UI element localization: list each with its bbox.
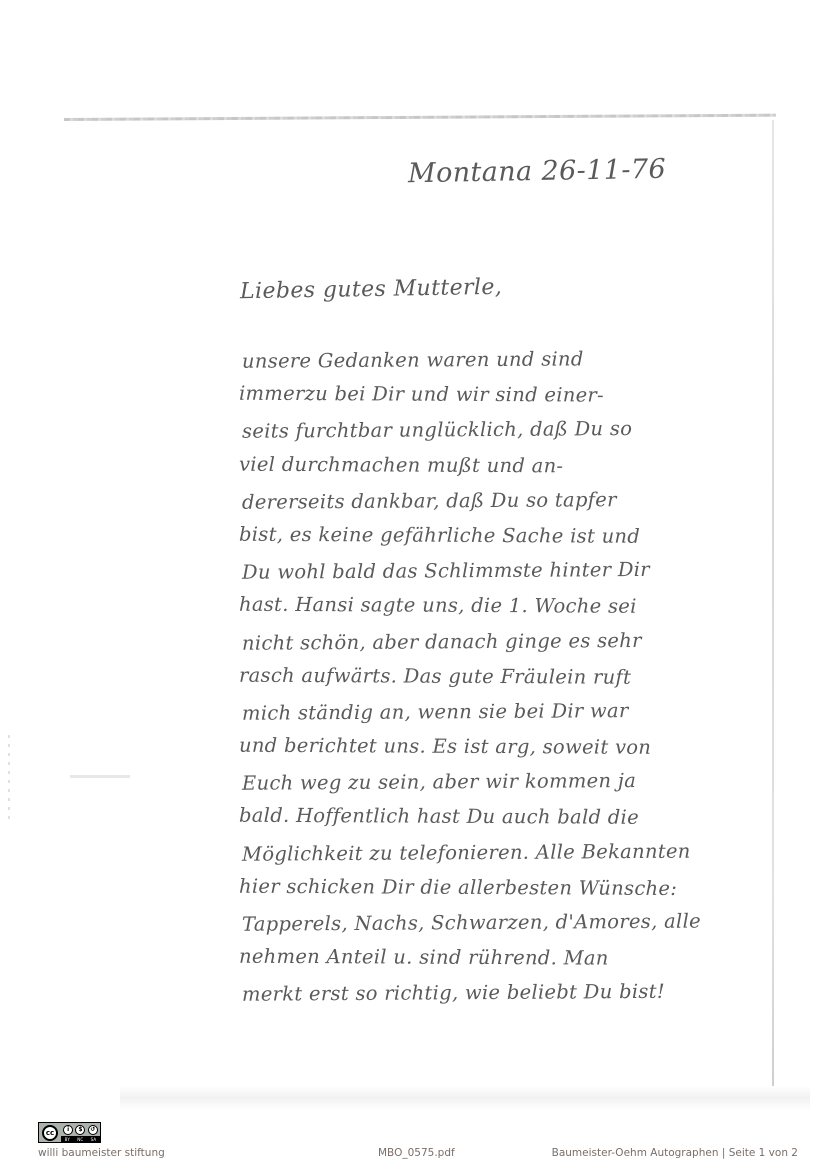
letter-line: nehmen Anteil u. sind rührend. Man [239,939,739,977]
footer-organization: willi baumeister stiftung [38,1147,165,1159]
letter-line: mich ständig an, wenn sie bei Dir war [242,692,742,731]
scanned-letter-page: Montana 26-11-76 Liebes gutes Mutterle, … [0,0,826,1110]
scan-artifact [70,775,130,778]
letter-line: dererseits dankbar, daß Du so tapfer [242,481,742,520]
letter-dateline: Montana 26-11-76 [408,154,667,189]
letter-line: unsere Gedanken waren und sind [242,340,742,379]
letter-line: Tapperels, Nachs, Schwarzen, d'Amores, a… [242,903,742,942]
letter-line: immerzu bei Dir und wir sind einer- [239,376,739,414]
letter-line: viel durchmachen mußt und an- [239,446,739,484]
letter-line: Du wohl bald das Schlimmste hinter Dir [242,551,742,590]
cc-icon: cc [42,1125,58,1141]
letter-line: Euch weg zu sein, aber wir kommen ja [242,763,742,802]
footer-series-page: Baumeister-Oehm Autographen | Seite 1 vo… [552,1147,798,1159]
letter-line: und berichtet uns. Es ist arg, soweit vo… [239,728,739,766]
letter-line: Möglichkeit zu telefonieren. Alle Bekann… [242,833,742,872]
letter-line: merkt erst so richtig, wie beliebt Du bi… [242,974,742,1013]
creative-commons-badge-icon[interactable]: cc i $ ↺ BY NC SA [38,1122,101,1143]
letter-line: bist, es keine gefährliche Sache ist und [239,517,739,555]
nc-label: NC [77,1137,83,1142]
letter-line: nicht schön, aber danach ginge es sehr [242,622,742,661]
paper-right-edge [772,120,774,1086]
letter-line: bald. Hoffentlich hast Du auch bald die [239,798,739,836]
sa-label: SA [91,1137,97,1142]
sa-icon: ↺ [88,1125,98,1135]
letter-line: seits furchtbar unglücklich, daß Du so [242,411,742,450]
letter-salutation: Liebes gutes Mutterle, [240,275,503,305]
scan-artifact [8,735,10,820]
by-label: BY [65,1137,70,1142]
nc-icon: $ [75,1125,85,1135]
page-footer: cc i $ ↺ BY NC SA willi baumeister stift… [0,1110,826,1169]
paper-top-edge [64,114,776,121]
scan-artifact [120,1086,810,1110]
letter-body: unsere Gedanken waren und sindimmerzu be… [240,342,740,1011]
letter-line: rasch aufwärts. Das gute Fräulein ruft [239,657,739,695]
footer-filename: MBO_0575.pdf [378,1147,455,1159]
by-icon: i [63,1125,73,1135]
letter-line: hast. Hansi sagte uns, die 1. Woche sei [239,587,739,625]
letter-line: hier schicken Dir die allerbesten Wünsch… [239,869,739,907]
